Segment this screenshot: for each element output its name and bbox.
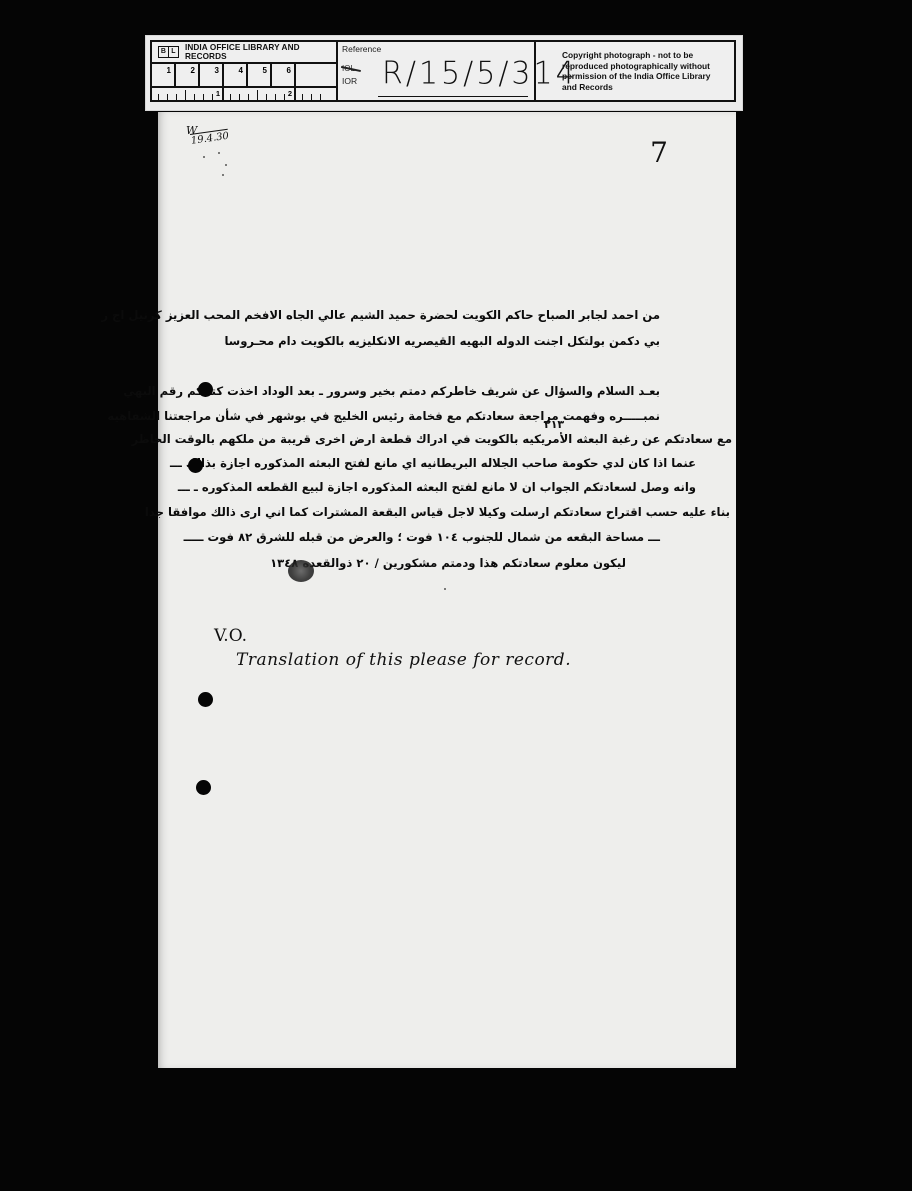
punch-hole-icon <box>196 780 211 795</box>
minute-note: Translation of this please for record. <box>236 650 571 670</box>
archive-header-strip: B L INDIA OFFICE LIBRARY AND RECORDS 1 2… <box>145 35 743 111</box>
copyright-line: and Records <box>562 82 734 93</box>
column-number: 4 <box>224 64 248 86</box>
library-title-row: B L INDIA OFFICE LIBRARY AND RECORDS <box>152 42 336 64</box>
ior-label: IOR <box>342 76 357 86</box>
letter-line-body: ـــ مساحة البقعه من شمال للجنوب ١٠٤ فوت … <box>184 530 660 544</box>
column-number: 6 <box>272 64 296 86</box>
library-cell: B L INDIA OFFICE LIBRARY AND RECORDS 1 2… <box>152 42 338 100</box>
letter-line-address: من احمد لجابر الصباح حاكم الكويت لحضرة ح… <box>101 308 660 322</box>
letter-number-subscript: ٢١٣ <box>544 418 564 431</box>
ruler-segment: 1 <box>152 88 224 100</box>
column-number: 1 <box>152 64 176 86</box>
punch-hole-icon <box>198 692 213 707</box>
logo-letter-b: B <box>159 47 168 57</box>
column-number: 2 <box>176 64 200 86</box>
reference-label: Reference <box>342 44 381 54</box>
letter-line-body: نمبـــــره وفهمت مراجعة سعادتكم مع فخامة… <box>107 409 660 423</box>
reference-underline <box>378 96 528 98</box>
letter-line-body: عنما اذا كان لدي حكومة صاحب الجلاله البر… <box>170 456 696 470</box>
ruler-segment: 2 <box>224 88 296 100</box>
copyright-line: permission of the India Office Library <box>562 71 734 82</box>
column-spacer <box>296 64 336 86</box>
punch-hole-icon <box>188 458 203 473</box>
ruler-segment <box>296 88 336 100</box>
scale-ruler: 1 2 <box>152 88 336 100</box>
letter-line-body: بناء عليه حسب اقتراح سعادتكم ارسلت وكيلا… <box>145 505 730 519</box>
library-title: INDIA OFFICE LIBRARY AND RECORDS <box>185 43 336 61</box>
column-number-row: 1 2 3 4 5 6 <box>152 64 336 88</box>
minute-prefix: V.O. <box>214 626 247 646</box>
letter-line-body: مع سعادتكم عن رغبة البعثه الأمريكيه بالك… <box>132 432 732 446</box>
punch-hole-icon <box>198 382 213 397</box>
reference-cell: Reference IOL IOR R/15/5/314 <box>338 42 536 100</box>
letter-line-body: وانه وصل لسعادتكم الجواب ان لا مانع لفتح… <box>178 480 696 494</box>
ruler-label: 1 <box>216 89 220 98</box>
folio-number: 7 <box>650 136 668 169</box>
copyright-line: reproduced photographically without <box>562 61 734 72</box>
seal-stamp-icon <box>288 560 314 582</box>
letter-line-closing: ليكون معلوم سعادتكم هذا ودمتم مشكورين / … <box>270 556 626 570</box>
logo-letter-l: L <box>168 47 178 57</box>
ruler-label: 2 <box>288 89 292 98</box>
archive-header-frame: B L INDIA OFFICE LIBRARY AND RECORDS 1 2… <box>150 40 736 102</box>
letter-line-address: بي دكمن بولتكل اجنت الدوله البهيه القيصر… <box>224 334 660 348</box>
document-page: W 19.4.30 7 من احمد لجابر الصباح حاكم ال… <box>158 112 736 1068</box>
reference-number: R/15/5/314 <box>382 55 578 92</box>
bl-logo-icon: B L <box>158 46 179 58</box>
column-number: 3 <box>200 64 224 86</box>
column-number: 5 <box>248 64 272 86</box>
copyright-line: Copyright photograph - not to be <box>562 50 734 61</box>
